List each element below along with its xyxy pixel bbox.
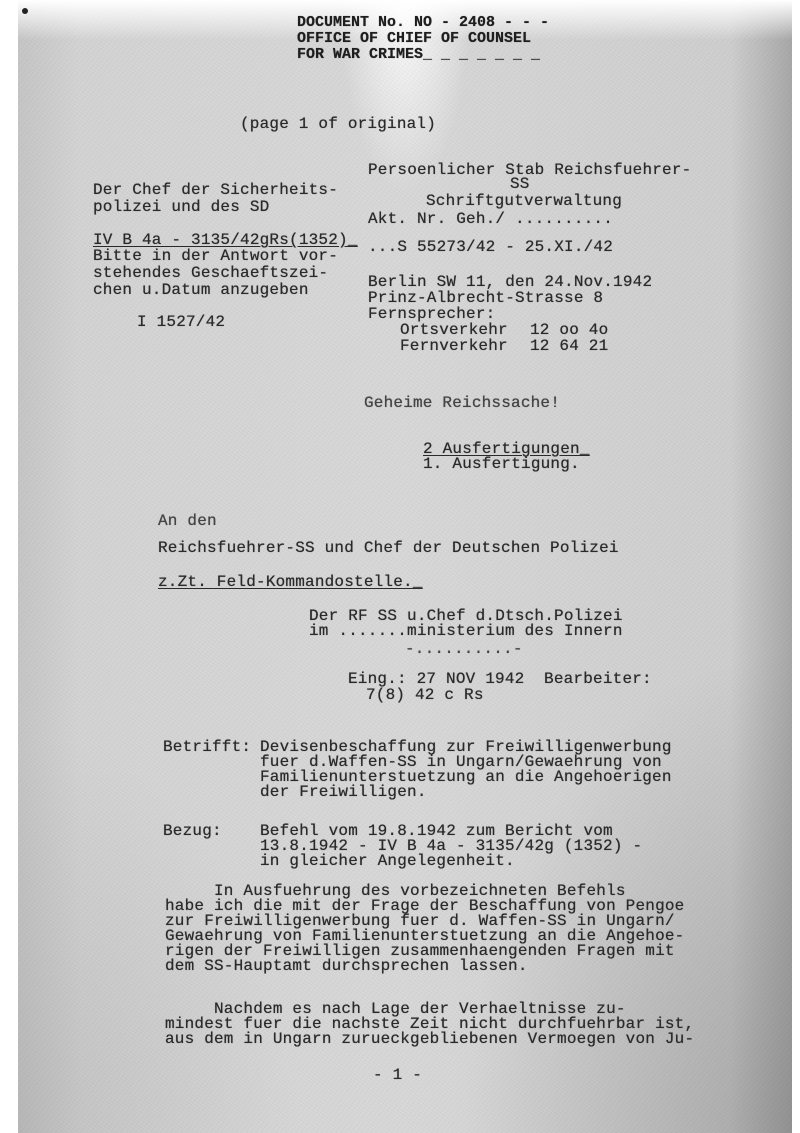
receipt-stamp-line3: -..........- <box>405 642 523 657</box>
reference-label: Bezug: <box>163 824 222 839</box>
reply-instruction-line3: chen u.Datum anzugeben <box>93 283 309 298</box>
recipient-line3: z.Zt. Feld-Kommandostelle._ <box>158 575 423 590</box>
reference-line: in gleicher Angelegenheit. <box>260 854 515 869</box>
body-line: aus dem in Ungarn zurueckgebliebenen Ver… <box>165 1032 694 1047</box>
phone-local-label: Ortsverkehr <box>400 323 508 338</box>
received-date: Eing.: 27 NOV 1942 Bearbeiter: <box>348 672 652 687</box>
body-line: dem SS-Hauptamt durchsprechen lassen. <box>165 959 528 974</box>
sender-title-line1: Der Chef der Sicherheits- <box>93 183 338 198</box>
recipient-line2: Reichsfuehrer-SS und Chef der Deutschen … <box>158 541 619 556</box>
reply-instruction-line1: Bitte in der Antwort vor- <box>93 249 338 264</box>
receipt-code: 7(8) 42 c Rs <box>366 688 484 703</box>
page-number: - 1 - <box>373 1068 422 1083</box>
registry-reference: ...S 55273/42 - 25.XI./42 <box>368 240 613 255</box>
classification: Geheime Reichssache! <box>364 396 560 411</box>
copy-number: 1. Ausfertigung. <box>423 457 580 472</box>
page-note: (page 1 of original) <box>240 117 436 132</box>
document-number-stamp: DOCUMENT No. NO - 2408 - - - <box>297 15 549 30</box>
file-number: I 1527/42 <box>137 315 225 330</box>
place-date: Berlin SW 11, den 24.Nov.1942 <box>368 275 652 290</box>
office-stamp: OFFICE OF CHIEF OF COUNSEL <box>297 31 531 46</box>
file-akt-number: Akt. Nr. Geh./ .......... <box>368 212 613 227</box>
recipient-line1: An den <box>158 514 217 529</box>
receipt-stamp-line2: im .......ministerium des Innern <box>309 624 623 639</box>
phone-long-label: Fernverkehr <box>400 339 508 354</box>
ink-speck <box>22 8 28 14</box>
war-crimes-stamp: FOR WAR CRIMES_ _ _ _ _ _ _ <box>297 47 540 62</box>
sender-reference: IV B 4a - 3135/42gRs(1352)_ <box>93 233 358 248</box>
ss-line: SS <box>510 177 530 192</box>
sender-title-line2: polizei und des SD <box>93 200 269 215</box>
phone-long-number: 12 64 21 <box>530 339 608 354</box>
phone-local-number: 12 oo 4o <box>530 323 608 338</box>
subject-label: Betrifft: <box>163 740 251 755</box>
phone-label: Fernsprecher: <box>368 307 495 322</box>
subject-line: der Freiwilligen. <box>260 785 427 800</box>
reply-instruction-line2: stehendes Geschaeftszei- <box>93 266 328 281</box>
street-address: Prinz-Albrecht-Strasse 8 <box>368 291 603 306</box>
records-admin-line: Schriftgutverwaltung <box>426 194 622 209</box>
